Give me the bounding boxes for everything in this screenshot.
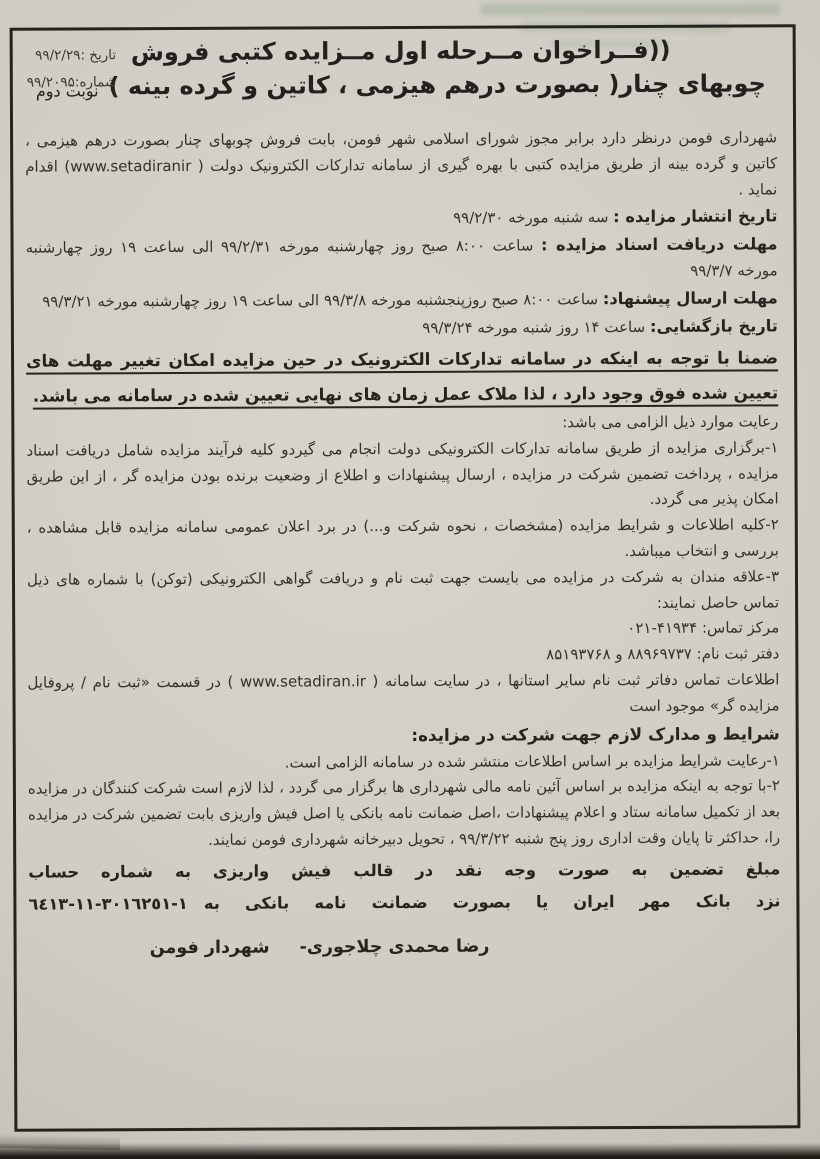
doc-date-value: ۹۹/۲/۲۹ xyxy=(35,47,80,63)
headline: ((فــراخوان مــرحله اول مــزایده کتبی فر… xyxy=(25,31,777,104)
intro-paragraph: شهرداری فومن درنظر دارد برابر مجوز شورای… xyxy=(25,125,777,206)
ink-bleed-mark xyxy=(480,4,780,15)
registration-office-label: دفتر ثبت نام: xyxy=(697,645,780,663)
schedule-text: ساعت ۱۴ روز شنبه مورخه ۹۹/۳/۲۴ xyxy=(422,318,645,337)
call-center-label: مرکز تماس: xyxy=(702,619,779,637)
schedule-label: مهلت ارسال پیشنهاد: xyxy=(603,289,778,309)
signature-name: رضا محمدی چلاجوری- xyxy=(299,932,489,963)
schedule-item-proposal: مهلت ارسال پیشنهاد: ساعت ۸:۰۰ صبح روزپنج… xyxy=(26,285,778,316)
deposit-text-after: نزد بانک مهر ایران یا بصورت ضمانت نامه ب… xyxy=(204,886,781,921)
deposit-paragraph: مبلغ تضمین به صورت وجه نقد در قالب فیش و… xyxy=(28,853,780,921)
registration-office-numbers: ۸۸۹۶۹۷۳۷ و ۸۵۱۹۳۷۶۸ xyxy=(546,645,692,664)
headline-line2: چوبهای چنار( بصورت درهم هیزمی ، کاتین و … xyxy=(109,67,766,103)
account-number: ١-٣٠١٦٢٥١-١١-٦٤١٣ xyxy=(28,888,188,921)
doc-date-label: تاریخ : xyxy=(80,47,116,63)
doc-number: شماره:۹۹/۲۰۹۵ xyxy=(27,69,117,96)
schedule-label: تاریخ انتشار مزایده : xyxy=(613,207,777,227)
deposit-text-before: مبلغ تضمین به صورت وجه نقد در قالب فیش و… xyxy=(28,853,780,889)
requirement-item-1: ۱-برگزاری مزایده از طریق سامانه تدارکات … xyxy=(26,435,778,516)
conditions-heading: شرایط و مدارک لازم جهت شرکت در مزایده: xyxy=(28,719,780,751)
condition-item-1: ۱-رعایت شرایط مزایده بر اساس اطلاعات منت… xyxy=(28,748,780,777)
registration-office-line: دفتر ثبت نام: ۸۸۹۶۹۷۳۷ و ۸۵۱۹۳۷۶۸ xyxy=(27,642,779,671)
schedule-text: ساعت ۸:۰۰ صبح روزپنجشنبه مورخه ۹۹/۳/۸ ال… xyxy=(42,290,598,310)
requirement-item-3: ۳-علاقه مندان به شرکت در مزایده می بایست… xyxy=(27,564,779,619)
signature-line: رضا محمدی چلاجوری- شهردار فومن xyxy=(10,931,696,964)
doc-meta: تاریخ :۹۹/۲/۲۹ شماره:۹۹/۲۰۹۵ xyxy=(27,42,117,96)
announcement-body: شهرداری فومن درنظر دارد برابر مجوز شورای… xyxy=(25,125,781,963)
newspaper-photo: تاریخ :۹۹/۲/۲۹ شماره:۹۹/۲۰۹۵ ((فــراخوان… xyxy=(0,0,820,1159)
photo-bottom-edge xyxy=(0,1143,820,1159)
requirements-heading: رعایت موارد ذیل الزامی می باشد: xyxy=(26,409,778,438)
notice-paragraph: ضمنا با توجه به اینکه در سامانه تدارکات … xyxy=(26,341,778,413)
requirement-item-2: ۲-کلیه اطلاعات و شرایط مزایده (مشخصات ، … xyxy=(27,513,779,568)
doc-number-value: ۹۹/۲۰۹۵ xyxy=(27,74,75,90)
schedule-text: سه شنبه مورخه ۹۹/۲/۳۰ xyxy=(453,208,608,227)
schedule-item-publish: تاریخ انتشار مزایده : سه شنبه مورخه ۹۹/۲… xyxy=(25,203,777,234)
call-center-line: مرکز تماس: ۰۲۱-۴۱۹۳۴ xyxy=(27,616,779,645)
schedule-item-documents: مهلت دریافت اسناد مزایده : ساعت ۸:۰۰ صبح… xyxy=(25,231,777,288)
doc-date: تاریخ :۹۹/۲/۲۹ xyxy=(27,42,117,69)
other-provinces-info: اطلاعات تماس دفاتر ثبت نام سایر استانها … xyxy=(27,667,779,722)
signature-title: شهردار فومن xyxy=(150,933,270,964)
schedule-item-opening: تاریخ بازگشایی: ساعت ۱۴ روز شنبه مورخه ۹… xyxy=(26,313,778,344)
headline-line1: ((فــراخوان مــرحله اول مــزایده کتبی فر… xyxy=(25,31,777,70)
schedule-label: تاریخ بازگشایی: xyxy=(650,317,778,337)
schedule-label: مهلت دریافت اسناد مزایده : xyxy=(541,235,778,255)
announcement-frame: تاریخ :۹۹/۲/۲۹ شماره:۹۹/۲۰۹۵ ((فــراخوان… xyxy=(10,24,801,1131)
announcement-header: تاریخ :۹۹/۲/۲۹ شماره:۹۹/۲۰۹۵ ((فــراخوان… xyxy=(25,31,777,128)
condition-item-2: ۲-با توجه به اینکه مزایده بر اساس آئین ن… xyxy=(28,774,780,855)
doc-number-label: شماره: xyxy=(75,74,116,90)
call-center-number: ۰۲۱-۴۱۹۳۴ xyxy=(627,619,697,637)
